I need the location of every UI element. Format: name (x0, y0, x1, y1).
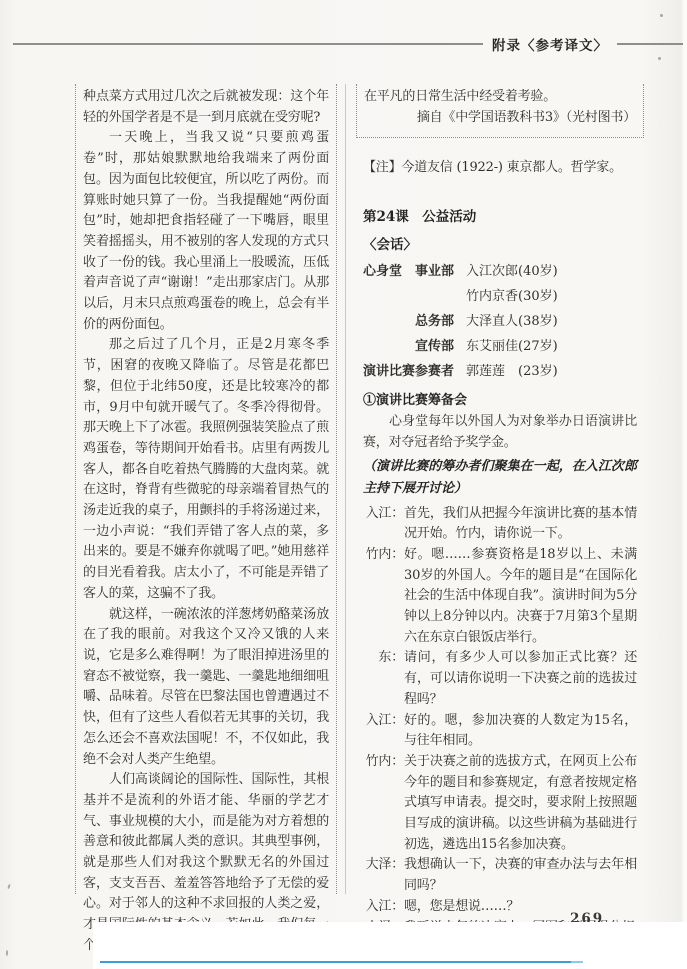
cast-organization: 心身堂 (363, 259, 415, 284)
page-header: 附录〈参考译文〉 (13, 34, 683, 54)
speaker-label: 入江： (363, 897, 404, 918)
stage-direction: （演讲比赛的筹办者们聚集在一起，在入江次郎主持下展开讨论） (363, 456, 637, 501)
dialogue-text: 我想确认一下，决赛的审查办法与去年相同吗？ (404, 855, 637, 896)
speaker-label: 竹内： (363, 752, 404, 856)
header-rule-left (13, 43, 483, 45)
column-divider-line (345, 84, 346, 894)
cast-department (415, 284, 466, 309)
dialogue-row: 竹内： 好。嗯……参赛资格是18岁以上、未满30岁的外国人。今年的题目是“在国际… (363, 545, 637, 649)
header-rule-right (617, 43, 683, 45)
translation-box-left: 种点菜方式用过几次之后就被发现：这个年轻的外国学者是不是一到月底就在受穷呢? 一… (75, 84, 337, 894)
scan-speck (658, 57, 661, 60)
lesson-title: 第24课 公益活动 (363, 205, 637, 225)
cast-name: 大泽直人(38岁) (466, 309, 637, 334)
speaker-label: 入江： (363, 504, 404, 545)
cast-organization (363, 309, 415, 334)
cast-row: 竹内京香(30岁) (363, 284, 637, 309)
dialogue-row: 入江： 首先，我们从把握今年演讲比赛的基本情况开始。竹内，请你说一下。 (363, 504, 637, 545)
dialogue-label: 〈会话〉 (363, 233, 637, 253)
cast-organization (363, 284, 415, 309)
scan-speck (660, 14, 663, 17)
speaker-label: 入江： (363, 711, 404, 752)
section-heading: ①演讲比赛筹备会 (363, 389, 637, 408)
paragraph: 种点菜方式用过几次之后就被发现：这个年轻的外国学者是不是一到月底就在受穷呢? (83, 87, 329, 128)
paragraph: 在平凡的日常生活中经受着考验。 (364, 87, 636, 108)
cast-name: 东艾丽佳(27岁) (466, 334, 637, 359)
cast-row: 演讲比赛参赛者 郭莲莲 (23岁) (363, 359, 637, 384)
dialogue-row: 大泽： 我想确认一下，决赛的审查办法与去年相同吗？ (363, 855, 637, 896)
speaker-label: 大泽： (363, 855, 404, 896)
scan-speck (6, 950, 8, 956)
cast-organization (363, 334, 415, 359)
blue-divider-line (100, 961, 571, 963)
cast-department: 事业部 (415, 259, 466, 284)
intro-paragraph: 心身堂每年以外国人为对象举办日语演讲比赛，对夺冠者给予奖学金。 (363, 412, 637, 453)
cast-name: 郭莲莲 (23岁) (466, 359, 637, 384)
scanned-page: 附录〈参考译文〉 种点菜方式用过几次之后就被发现：这个年轻的外国学者是不是一到月… (0, 0, 687, 969)
cast-role: 演讲比赛参赛者 (363, 359, 466, 384)
blue-divider-line-tip (571, 961, 583, 963)
dialogue-row: 竹内： 关于决赛之前的选拔方式，在网页上公布今年的题目和参赛规定，有意者按规定格… (363, 752, 637, 856)
cast-row: 总务部 大泽直人(38岁) (363, 309, 637, 334)
paragraph: 一天晚上，当我又说“只要煎鸡蛋卷”时，那姑娘默默地给我端来了两份面包。因为面包比… (83, 128, 329, 335)
dialogue-text: 首先，我们从把握今年演讲比赛的基本情况开始。竹内，请你说一下。 (404, 504, 637, 545)
translation-box-right: 在平凡的日常生活中经受着考验。 摘自《中学国语教科书3》（光村图书） (356, 84, 644, 138)
paragraph: 那之后过了几个月，正是2月寒冬季节，困窘的夜晚又降临了。尽管是花都巴黎，但位于北… (83, 335, 329, 604)
cast-name: 竹内京香(30岁) (466, 284, 637, 309)
dialogue-text: 好。嗯……参赛资格是18岁以上、未满30岁的外国人。今年的题目是“在国际化社会的… (404, 545, 637, 649)
dialogue-text: 关于决赛之前的选拔方式，在网页上公布今年的题目和参赛规定，有意者按规定格式填写申… (404, 752, 637, 856)
speaker-label: 东： (363, 648, 404, 710)
dialogue-row: 入江： 好的。嗯，参加决赛的人数定为15名，与往年相同。 (363, 711, 637, 752)
cast-row: 心身堂 事业部 入江次郎(40岁) (363, 259, 637, 284)
paragraph: 就这样，一碗浓浓的洋葱烤奶酪菜汤放在了我的眼前。对我这个又冷又饿的人来说，它是多… (83, 605, 329, 771)
page-header-title: 附录〈参考译文〉 (492, 34, 608, 54)
speaker-label: 竹内： (363, 545, 404, 649)
cast-department: 总务部 (415, 309, 466, 334)
author-note: 【注】今道友信 (1922-) 東京都人。哲学家。 (363, 158, 644, 179)
dialogue-text: 好的。嗯，参加决赛的人数定为15名，与往年相同。 (404, 711, 637, 752)
dialogue-text: 请问，有多少人可以参加正式比赛？还有，可以请你说明一下决赛之前的选拔过程吗？ (404, 648, 637, 710)
cast-list: 心身堂 事业部 入江次郎(40岁) 竹内京香(30岁) 总务部 大泽直人(38岁… (363, 259, 637, 384)
dialogue-row: 东： 请问，有多少人可以参加正式比赛？还有，可以请你说明一下决赛之前的选拔过程吗… (363, 648, 637, 710)
cast-name: 入江次郎(40岁) (466, 259, 637, 284)
cast-row: 宣传部 东艾丽佳(27岁) (363, 334, 637, 359)
lesson-section: 第24课 公益活动 〈会话〉 心身堂 事业部 入江次郎(40岁) 竹内京香(30… (363, 205, 637, 938)
right-column: 在平凡的日常生活中经受着考验。 摘自《中学国语教科书3》（光村图书） 【注】今道… (356, 84, 644, 938)
cast-department: 宣传部 (415, 334, 466, 359)
dialogue-list: 入江： 首先，我们从把握今年演讲比赛的基本情况开始。竹内，请你说一下。 竹内： … (363, 504, 637, 939)
source-attribution: 摘自《中学国语教科书3》（光村图书） (364, 108, 636, 129)
scan-speck (7, 884, 11, 889)
